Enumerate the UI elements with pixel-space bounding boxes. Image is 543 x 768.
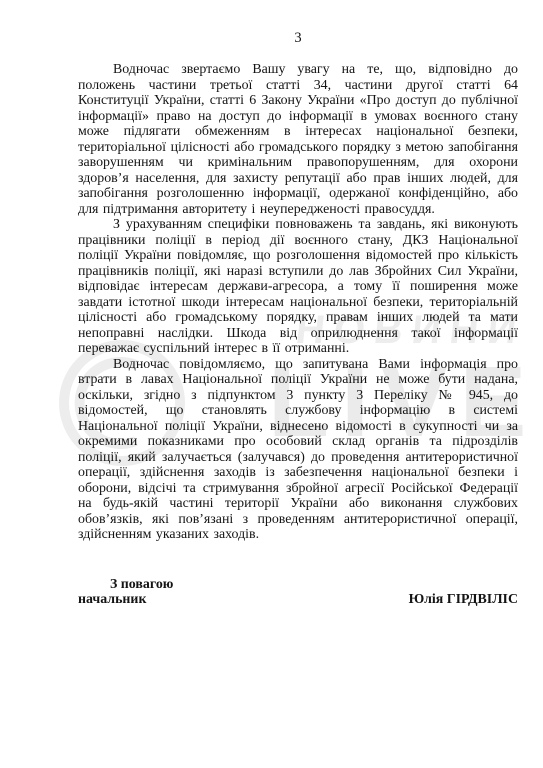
closing-block: З повагою начальник Юлія ГІРДВІЛІС (78, 577, 518, 608)
signature-row: начальник Юлія ГІРДВІЛІС (78, 592, 518, 608)
body-paragraph: Водночас звертаємо Вашу увагу на те, що,… (78, 62, 518, 217)
letter-body: Водночас звертаємо Вашу увагу на те, що,… (78, 62, 518, 543)
signer-position: начальник (78, 592, 146, 608)
document-page: НОВИНИ LIVE 3 Водночас звертаємо Вашу ув… (0, 0, 543, 768)
body-paragraph: З урахуванням специфіки повноважень та з… (78, 217, 518, 357)
letter-content: 3 Водночас звертаємо Вашу увагу на те, щ… (78, 0, 518, 608)
closing-regards: З повагою (78, 577, 518, 593)
page-number: 3 (78, 30, 518, 47)
signer-name: Юлія ГІРДВІЛІС (409, 592, 518, 608)
body-paragraph: Водночас повідомляємо, що запитувана Вам… (78, 357, 518, 543)
